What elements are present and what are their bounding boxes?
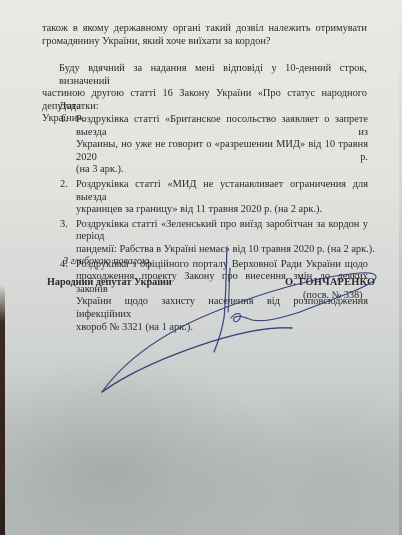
signer-name: О. ГОНЧАРЕНКО — [285, 277, 375, 288]
item-number: 2. — [60, 179, 68, 192]
attachment-item-1: 1. Роздруківка статті «Британское посоль… — [60, 114, 368, 177]
attachment-item-3: 3. Роздруківка статті «Зеленський про ви… — [60, 219, 368, 257]
closing-salutation: З глибокою повагою, — [63, 256, 152, 267]
attachments-heading: Додатки: — [59, 101, 99, 112]
attachments-list: 1. Роздруківка статті «Британское посоль… — [60, 114, 368, 336]
text-line: украинцев за границу» від 11 травня 2020… — [76, 204, 368, 217]
text-line: Украины, но уже не говорит о «разрешении… — [76, 139, 368, 164]
background-edge — [0, 285, 5, 535]
text-line: Буду вдячний за надання мені відповіді у… — [42, 63, 367, 88]
signer-certificate: (посв. № 338) — [303, 290, 363, 301]
attachment-item-2: 2. Роздруківка статті «МИД не устанавлив… — [60, 179, 368, 217]
text-line: Роздруківка статті «Зеленський про виїзд… — [76, 219, 368, 244]
text-line: громадянину України, який хоче виїхати з… — [42, 36, 367, 49]
text-line: також в якому державному органі такий до… — [42, 23, 367, 36]
text-line: Роздруківка статті «МИД не устанавливает… — [76, 179, 368, 204]
text-line: (на 3 арк.). — [76, 164, 368, 177]
paragraph-question: також в якому державному органі такий до… — [42, 23, 367, 48]
item-number: 3. — [60, 219, 68, 232]
text-line: хвороб № 3321 (на 1 арк.). — [76, 322, 368, 335]
document-page: також в якому державному органі такий до… — [0, 0, 402, 535]
signer-title: Народний депутат України — [47, 277, 172, 288]
item-number: 1. — [60, 114, 68, 127]
text-line: пандемії: Рабства в Україні немає» від 1… — [76, 244, 368, 257]
text-line: Роздруківка статті «Британское посольств… — [76, 114, 368, 139]
